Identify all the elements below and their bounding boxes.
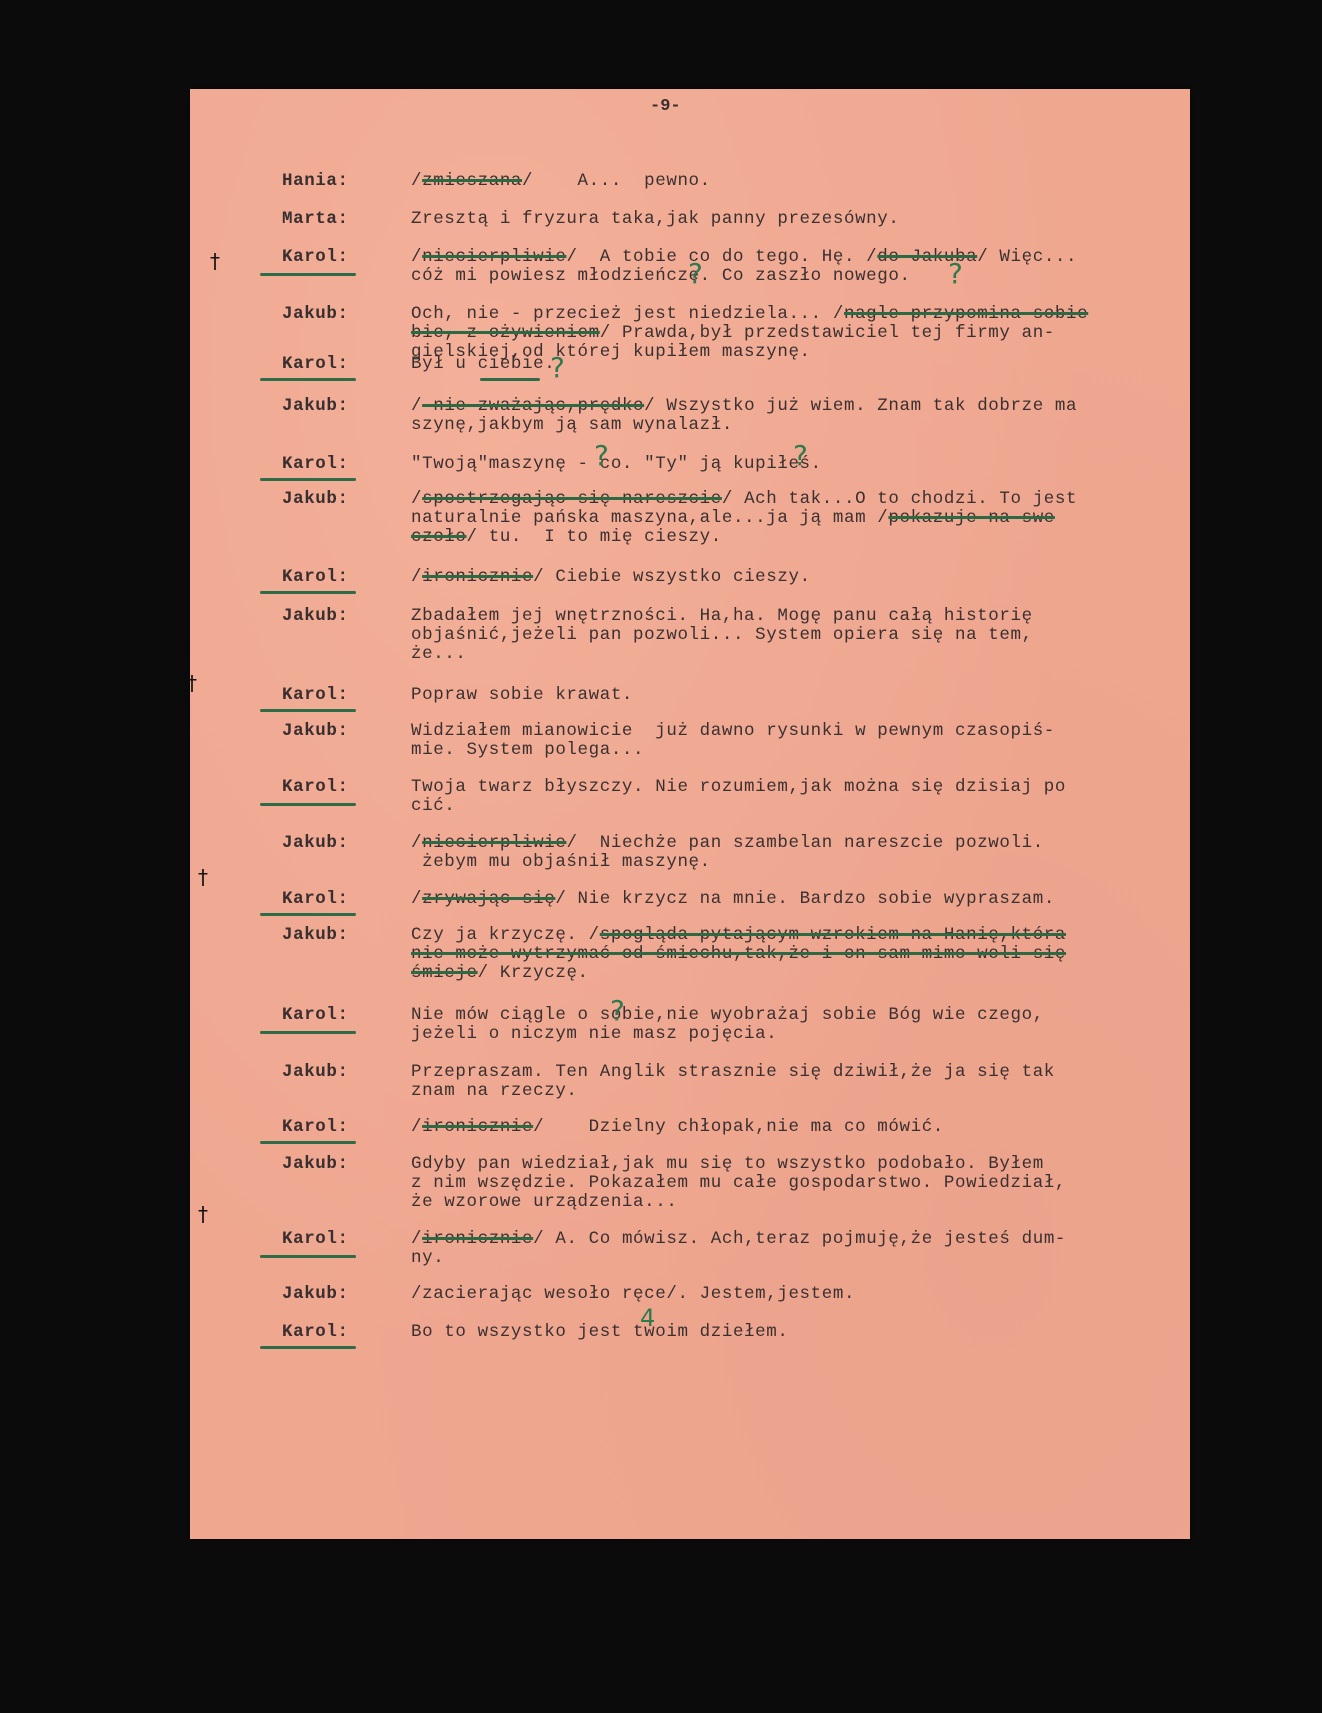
struck-stage-direction: nie może wytrzymać od śmiechu,tak,że i o… bbox=[411, 944, 1066, 964]
speaker-name: Karol: bbox=[282, 685, 349, 705]
struck-stage-direction: ironicznie bbox=[422, 1117, 533, 1137]
green-underline-mark bbox=[480, 378, 540, 381]
question-mark-annotation: ? bbox=[550, 351, 565, 384]
speaker-name: Jakub: bbox=[282, 833, 349, 853]
dialogue-line: cić. bbox=[411, 796, 455, 816]
green-underline-mark bbox=[260, 709, 356, 712]
margin-ink-mark-icon: † bbox=[187, 671, 197, 695]
dialogue-line: /spostrzegając się nareszcie/ Ach tak...… bbox=[411, 489, 1077, 509]
speaker-name: Jakub: bbox=[282, 1154, 349, 1174]
dialogue-text: / bbox=[411, 489, 422, 509]
speaker-name: Jakub: bbox=[282, 489, 349, 509]
dialogue-text: / bbox=[411, 396, 422, 416]
dialogue-text: szynę,jakbym ją sam wynalazł. bbox=[411, 415, 733, 435]
dialogue-text: / bbox=[411, 1117, 422, 1137]
struck-stage-direction: niecierpliwie bbox=[422, 833, 566, 853]
speaker-name: Jakub: bbox=[282, 606, 349, 626]
dialogue-text: / Niechże pan szambelan nareszcie pozwol… bbox=[566, 833, 1043, 853]
dialogue-text: Nie mów ciągle o sobie,nie wyobrażaj sob… bbox=[411, 1005, 1044, 1025]
dialogue-line: Bo to wszystko jest twoim dziełem. bbox=[411, 1322, 788, 1342]
struck-stage-direction: śmieje bbox=[411, 963, 478, 983]
dialogue-text: Zbadałem jej wnętrzności. Ha,ha. Mogę pa… bbox=[411, 606, 1033, 626]
dialogue-text: Czy ja krzyczę. / bbox=[411, 925, 600, 945]
dialogue-line: mie. System polega... bbox=[411, 740, 644, 760]
green-underline-mark bbox=[260, 273, 356, 276]
green-underline-mark bbox=[260, 1031, 356, 1034]
dialogue-line: /zacierając wesoło ręce/. Jestem,jestem. bbox=[411, 1284, 855, 1304]
dialogue-text: że wzorowe urządzenia... bbox=[411, 1192, 677, 1212]
dialogue-line: / nie zważając,prędko/ Wszystko już wiem… bbox=[411, 396, 1077, 416]
speaker-name: Jakub: bbox=[282, 925, 349, 945]
dialogue-line: /niecierpliwie/ A tobie co do tego. Hę. … bbox=[411, 247, 1077, 267]
dialogue-text: Gdyby pan wiedział,jak mu się to wszystk… bbox=[411, 1154, 1044, 1174]
dialogue-text: / tu. I to mię cieszy. bbox=[467, 527, 722, 547]
struck-stage-direction: spogląda pytającym wzrokiem na Hanię,któ… bbox=[600, 925, 1066, 945]
dialogue-line: śmieje/ Krzyczę. bbox=[411, 963, 589, 983]
dialogue-text: jeżeli o niczym nie masz pojęcia. bbox=[411, 1024, 777, 1044]
dialogue-text: Widziałem mianowicie już dawno rysunki w… bbox=[411, 721, 1055, 741]
dialogue-text: Bo to wszystko jest twoim dziełem. bbox=[411, 1322, 788, 1342]
speaker-name: Karol: bbox=[282, 1117, 349, 1137]
dialogue-line: naturalnie pańska maszyna,ale...ja ją ma… bbox=[411, 508, 1055, 528]
dialogue-line: /zrywając się/ Nie krzycz na mnie. Bardz… bbox=[411, 889, 1055, 909]
margin-ink-mark-icon: † bbox=[198, 865, 208, 889]
dialogue-text: / bbox=[411, 567, 422, 587]
dialogue-text: /zacierając wesoło ręce/. Jestem,jestem. bbox=[411, 1284, 855, 1304]
dialogue-line: /ironicznie/ A. Co mówisz. Ach,teraz poj… bbox=[411, 1229, 1066, 1249]
speaker-name: Hania: bbox=[282, 171, 349, 191]
struck-stage-direction: spostrzegając się nareszcie bbox=[422, 489, 722, 509]
struck-stage-direction: bie, z ożywieniem bbox=[411, 323, 600, 343]
green-underline-mark bbox=[260, 803, 356, 806]
speaker-name: Karol: bbox=[282, 247, 349, 267]
speaker-name: Marta: bbox=[282, 209, 349, 229]
struck-stage-direction: niecierpliwie bbox=[422, 247, 566, 267]
dialogue-text: cić. bbox=[411, 796, 455, 816]
speaker-name: Karol: bbox=[282, 1005, 349, 1025]
dialogue-text: / Dzielny chłopak,nie ma co mówić. bbox=[533, 1117, 944, 1137]
speaker-name: Karol: bbox=[282, 1229, 349, 1249]
dialogue-text: Twoja twarz błyszczy. Nie rozumiem,jak m… bbox=[411, 777, 1066, 797]
question-mark-annotation: ? bbox=[610, 994, 625, 1027]
dialogue-line: Zbadałem jej wnętrzności. Ha,ha. Mogę pa… bbox=[411, 606, 1033, 626]
dialogue-line: znam na rzeczy. bbox=[411, 1081, 578, 1101]
dialogue-line: bie, z ożywieniem/ Prawda,był przedstawi… bbox=[411, 323, 1055, 343]
dialogue-line: Był u ciebie. bbox=[411, 354, 555, 374]
dialogue-text: mie. System polega... bbox=[411, 740, 644, 760]
green-underline-mark bbox=[260, 591, 356, 594]
speaker-name: Jakub: bbox=[282, 1284, 349, 1304]
speaker-name: Jakub: bbox=[282, 721, 349, 741]
dialogue-line: że... bbox=[411, 644, 467, 664]
insertion-mark-annotation: 4 bbox=[640, 1304, 655, 1332]
dialogue-line: Czy ja krzyczę. /spogląda pytającym wzro… bbox=[411, 925, 1066, 945]
dialogue-line: Twoja twarz błyszczy. Nie rozumiem,jak m… bbox=[411, 777, 1066, 797]
dialogue-line: jeżeli o niczym nie masz pojęcia. bbox=[411, 1024, 777, 1044]
speaker-name: Jakub: bbox=[282, 1062, 349, 1082]
dialogue-text: Był u ciebie. bbox=[411, 354, 555, 374]
dialogue-line: szynę,jakbym ją sam wynalazł. bbox=[411, 415, 733, 435]
dialogue-line: /ironicznie/ Dzielny chłopak,nie ma co m… bbox=[411, 1117, 944, 1137]
page-number: -9- bbox=[650, 97, 681, 116]
dialogue-text: Popraw sobie krawat. bbox=[411, 685, 633, 705]
green-underline-mark bbox=[260, 1346, 356, 1349]
dialogue-text: / bbox=[411, 833, 422, 853]
dialogue-line: że wzorowe urządzenia... bbox=[411, 1192, 677, 1212]
speaker-name: Jakub: bbox=[282, 396, 349, 416]
dialogue-text: objaśnić,jeżeli pan pozwoli... System op… bbox=[411, 625, 1033, 645]
green-underline-mark bbox=[260, 1255, 356, 1258]
dialogue-text: / A... pewno. bbox=[522, 171, 711, 191]
dialogue-text: Przepraszam. Ten Anglik strasznie się dz… bbox=[411, 1062, 1055, 1082]
dialogue-line: Nie mów ciągle o sobie,nie wyobrażaj sob… bbox=[411, 1005, 1044, 1025]
struck-stage-direction: zrywając się bbox=[422, 889, 555, 909]
dialogue-text: / bbox=[411, 247, 422, 267]
dialogue-text: / A. Co mówisz. Ach,teraz pojmuję,że jes… bbox=[533, 1229, 1066, 1249]
speaker-name: Karol: bbox=[282, 1322, 349, 1342]
green-underline-mark bbox=[260, 378, 356, 381]
dialogue-line: Gdyby pan wiedział,jak mu się to wszystk… bbox=[411, 1154, 1044, 1174]
dialogue-line: nie może wytrzymać od śmiechu,tak,że i o… bbox=[411, 944, 1066, 964]
speaker-name: Karol: bbox=[282, 354, 349, 374]
dialogue-text: / bbox=[411, 1229, 422, 1249]
dialogue-line: /niecierpliwie/ Niechże pan szambelan na… bbox=[411, 833, 1044, 853]
dialogue-text: żebym mu objaśnił maszynę. bbox=[411, 852, 711, 872]
struck-stage-direction: pokazuje na swe bbox=[888, 508, 1055, 528]
green-underline-mark bbox=[260, 1141, 356, 1144]
dialogue-line: objaśnić,jeżeli pan pozwoli... System op… bbox=[411, 625, 1033, 645]
question-mark-annotation: ? bbox=[594, 439, 609, 472]
dialogue-line: ny. bbox=[411, 1248, 444, 1268]
dialogue-line: /zmieszana/ A... pewno. bbox=[411, 171, 711, 191]
dialogue-text: że... bbox=[411, 644, 467, 664]
dialogue-text: / Krzyczę. bbox=[478, 963, 589, 983]
dialogue-line: Zresztą i fryzura taka,jak panny prezesó… bbox=[411, 209, 899, 229]
dialogue-line: Widziałem mianowicie już dawno rysunki w… bbox=[411, 721, 1055, 741]
dialogue-text: Zresztą i fryzura taka,jak panny prezesó… bbox=[411, 209, 899, 229]
dialogue-line: Och, nie - przecież jest niedziela... /n… bbox=[411, 304, 1088, 324]
struck-stage-direction: ironicznie bbox=[422, 567, 533, 587]
dialogue-text: / Nie krzycz na mnie. Bardzo sobie wypra… bbox=[555, 889, 1055, 909]
green-underline-mark bbox=[260, 913, 356, 916]
speaker-name: Karol: bbox=[282, 454, 349, 474]
struck-stage-direction: nagle przypomina sobie bbox=[844, 304, 1088, 324]
struck-stage-direction: ironicznie bbox=[422, 1229, 533, 1249]
dialogue-line: z nim wszędzie. Pokazałem mu całe gospod… bbox=[411, 1173, 1066, 1193]
margin-ink-mark-icon: † bbox=[198, 1202, 208, 1226]
dialogue-text: / Wszystko już wiem. Znam tak dobrze ma bbox=[644, 396, 1077, 416]
speaker-name: Karol: bbox=[282, 777, 349, 797]
struck-stage-direction: czoło bbox=[411, 527, 467, 547]
dialogue-text: znam na rzeczy. bbox=[411, 1081, 578, 1101]
dialogue-text: / bbox=[411, 171, 422, 191]
speaker-name: Jakub: bbox=[282, 304, 349, 324]
dialogue-line: czoło/ tu. I to mię cieszy. bbox=[411, 527, 722, 547]
struck-stage-direction: zmieszana bbox=[422, 171, 522, 191]
dialogue-text: / Ciebie wszystko cieszy. bbox=[533, 567, 811, 587]
dialogue-text: naturalnie pańska maszyna,ale...ja ją ma… bbox=[411, 508, 888, 528]
typescript-page: -9- Hania:/zmieszana/ A... pewno.Marta:Z… bbox=[190, 89, 1190, 1539]
speaker-name: Karol: bbox=[282, 889, 349, 909]
dialogue-text: cóż mi powiesz młodzieńcze. Co zaszło no… bbox=[411, 266, 911, 286]
dialogue-line: /ironicznie/ Ciebie wszystko cieszy. bbox=[411, 567, 811, 587]
dialogue-text: / Prawda,był przedstawiciel tej firmy an… bbox=[600, 323, 1055, 343]
dialogue-line: cóż mi powiesz młodzieńcze. Co zaszło no… bbox=[411, 266, 911, 286]
question-mark-annotation: ? bbox=[948, 257, 963, 290]
dialogue-text: / Ach tak...O to chodzi. To jest bbox=[722, 489, 1077, 509]
dialogue-line: żebym mu objaśnił maszynę. bbox=[411, 852, 711, 872]
dialogue-text: Och, nie - przecież jest niedziela... / bbox=[411, 304, 844, 324]
dialogue-text: "Twoją"maszynę - co. "Ty" ją kupiłeś. bbox=[411, 454, 822, 474]
margin-ink-mark-icon: † bbox=[210, 249, 220, 273]
dialogue-text: / Więc... bbox=[977, 247, 1077, 267]
dialogue-line: Przepraszam. Ten Anglik strasznie się dz… bbox=[411, 1062, 1055, 1082]
green-underline-mark bbox=[260, 478, 356, 481]
speaker-name: Karol: bbox=[282, 567, 349, 587]
dialogue-line: Popraw sobie krawat. bbox=[411, 685, 633, 705]
dialogue-line: "Twoją"maszynę - co. "Ty" ją kupiłeś. bbox=[411, 454, 822, 474]
question-mark-annotation: ? bbox=[793, 439, 808, 472]
dialogue-text: z nim wszędzie. Pokazałem mu całe gospod… bbox=[411, 1173, 1066, 1193]
struck-stage-direction: nie zważając,prędko bbox=[422, 396, 644, 416]
dialogue-text: ny. bbox=[411, 1248, 444, 1268]
dialogue-text: / bbox=[411, 889, 422, 909]
question-mark-annotation: ? bbox=[688, 257, 703, 290]
dialogue-text: / A tobie co do tego. Hę. / bbox=[566, 247, 877, 267]
